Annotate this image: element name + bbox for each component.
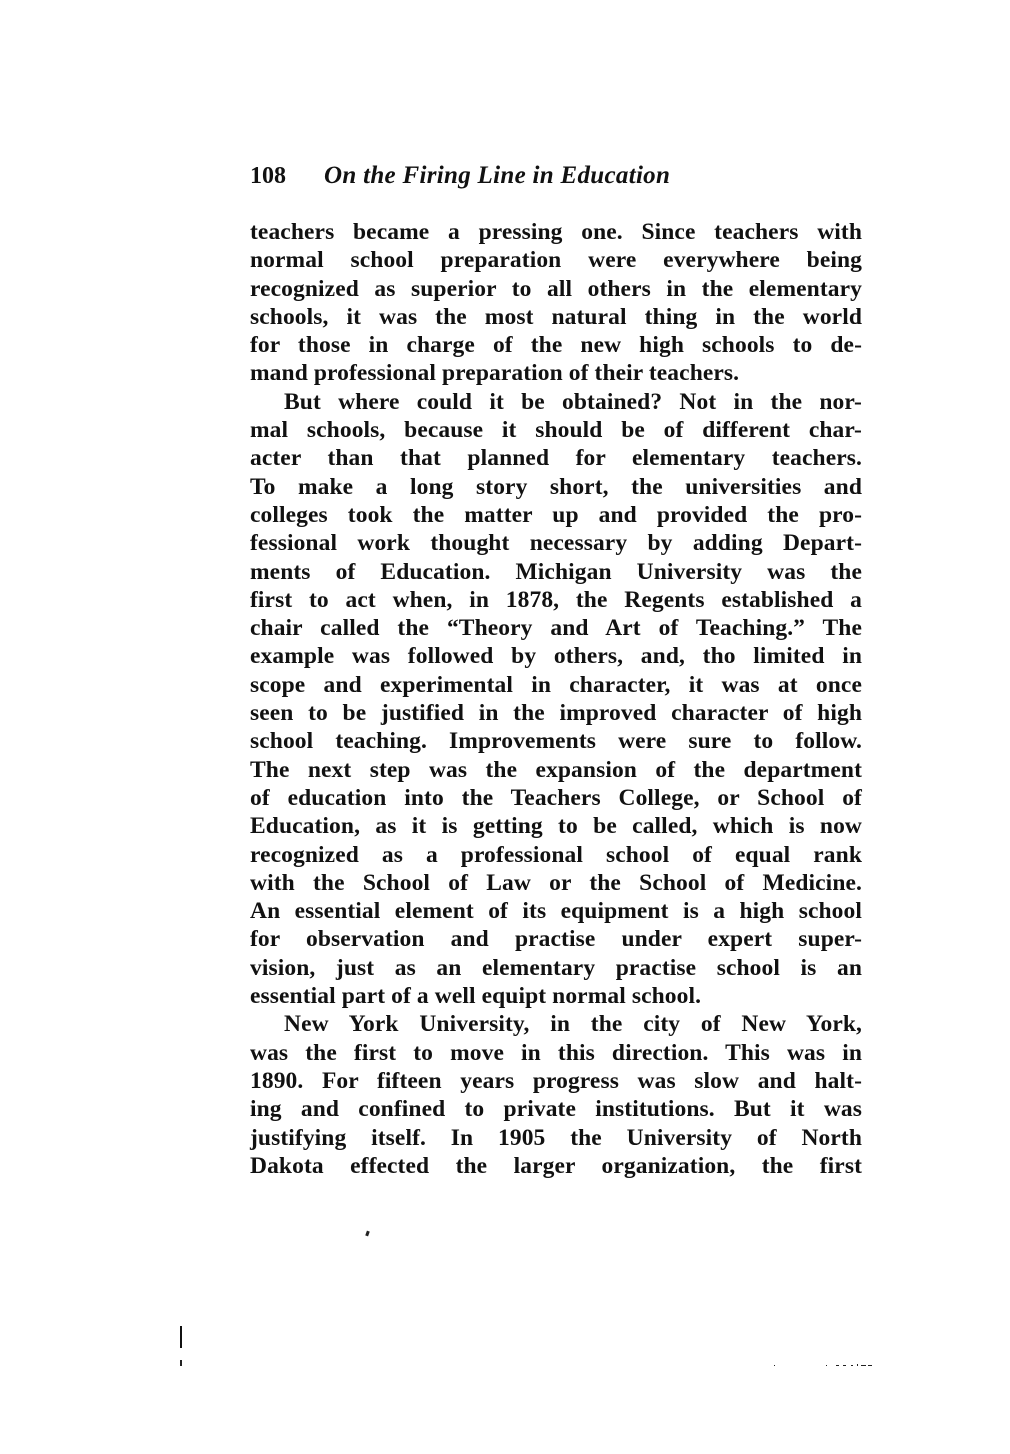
text-line: acter than that planned for elementary t… [250,444,862,472]
text-line: fessional work thought necessary by addi… [250,529,862,557]
text-line: chair called the “Theory and Art of Teac… [250,614,862,642]
text-line: But where could it be obtained? Not in t… [250,388,862,416]
text-line: recognized as superior to all others in … [250,275,862,303]
text-line: for those in charge of the new high scho… [250,331,862,359]
text-line: vision, just as an elementary practise s… [250,954,862,982]
text-line: schools, it was the most natural thing i… [250,303,862,331]
text-line: To make a long story short, the universi… [250,473,862,501]
text-line: example was followed by others, and, tho… [250,642,862,670]
scan-margin-line [180,1326,182,1348]
scan-speck [851,1365,853,1366]
text-line: school teaching. Improvements were sure … [250,727,862,755]
text-line: 1890. For fifteen years progress was slo… [250,1067,862,1095]
text-line: with the School of Law or the School of … [250,869,862,897]
scan-speck [843,1365,846,1366]
text-line: New York University, in the city of New … [250,1010,862,1038]
scan-speck [365,1231,370,1237]
body-text: teachers became a pressing one. Since te… [250,218,862,1180]
running-head: 108On the Firing Line in Education [250,157,870,193]
text-line: Dakota effected the larger organization,… [250,1152,862,1180]
book-page: 108On the Firing Line in Education teach… [0,0,1010,1454]
text-line: colleges took the matter up and provided… [250,501,862,529]
scan-speck [857,1364,858,1366]
text-line: recognized as a professional school of e… [250,841,862,869]
scan-speck [861,1365,866,1366]
scan-speck [826,1365,827,1366]
text-line: mand professional preparation of their t… [250,359,862,387]
text-line: essential part of a well equipt normal s… [250,982,862,1010]
text-line: seen to be justified in the improved cha… [250,699,862,727]
text-line: The next step was the expansion of the d… [250,756,862,784]
scan-speck [180,1360,182,1366]
text-line: ing and confined to private institutions… [250,1095,862,1123]
text-line: mal schools, because it should be of dif… [250,416,862,444]
text-line: normal school preparation were everywher… [250,246,862,274]
text-line: scope and experimental in character, it … [250,671,862,699]
scan-speck [836,1365,839,1366]
text-line: Education, as it is getting to be called… [250,812,862,840]
running-title: On the Firing Line in Education [324,158,670,194]
text-line: first to act when, in 1878, the Regents … [250,586,862,614]
text-line: An essential element of its equipment is… [250,897,862,925]
text-line: justifying itself. In 1905 the Universit… [250,1124,862,1152]
scan-speck [868,1365,872,1366]
text-line: ments of Education. Michigan University … [250,558,862,586]
page-number: 108 [250,158,324,194]
text-line: for observation and practise under exper… [250,925,862,953]
text-line: of education into the Teachers College, … [250,784,862,812]
text-line: teachers became a pressing one. Since te… [250,218,862,246]
scan-speck [774,1365,775,1366]
text-line: was the first to move in this direction.… [250,1039,862,1067]
